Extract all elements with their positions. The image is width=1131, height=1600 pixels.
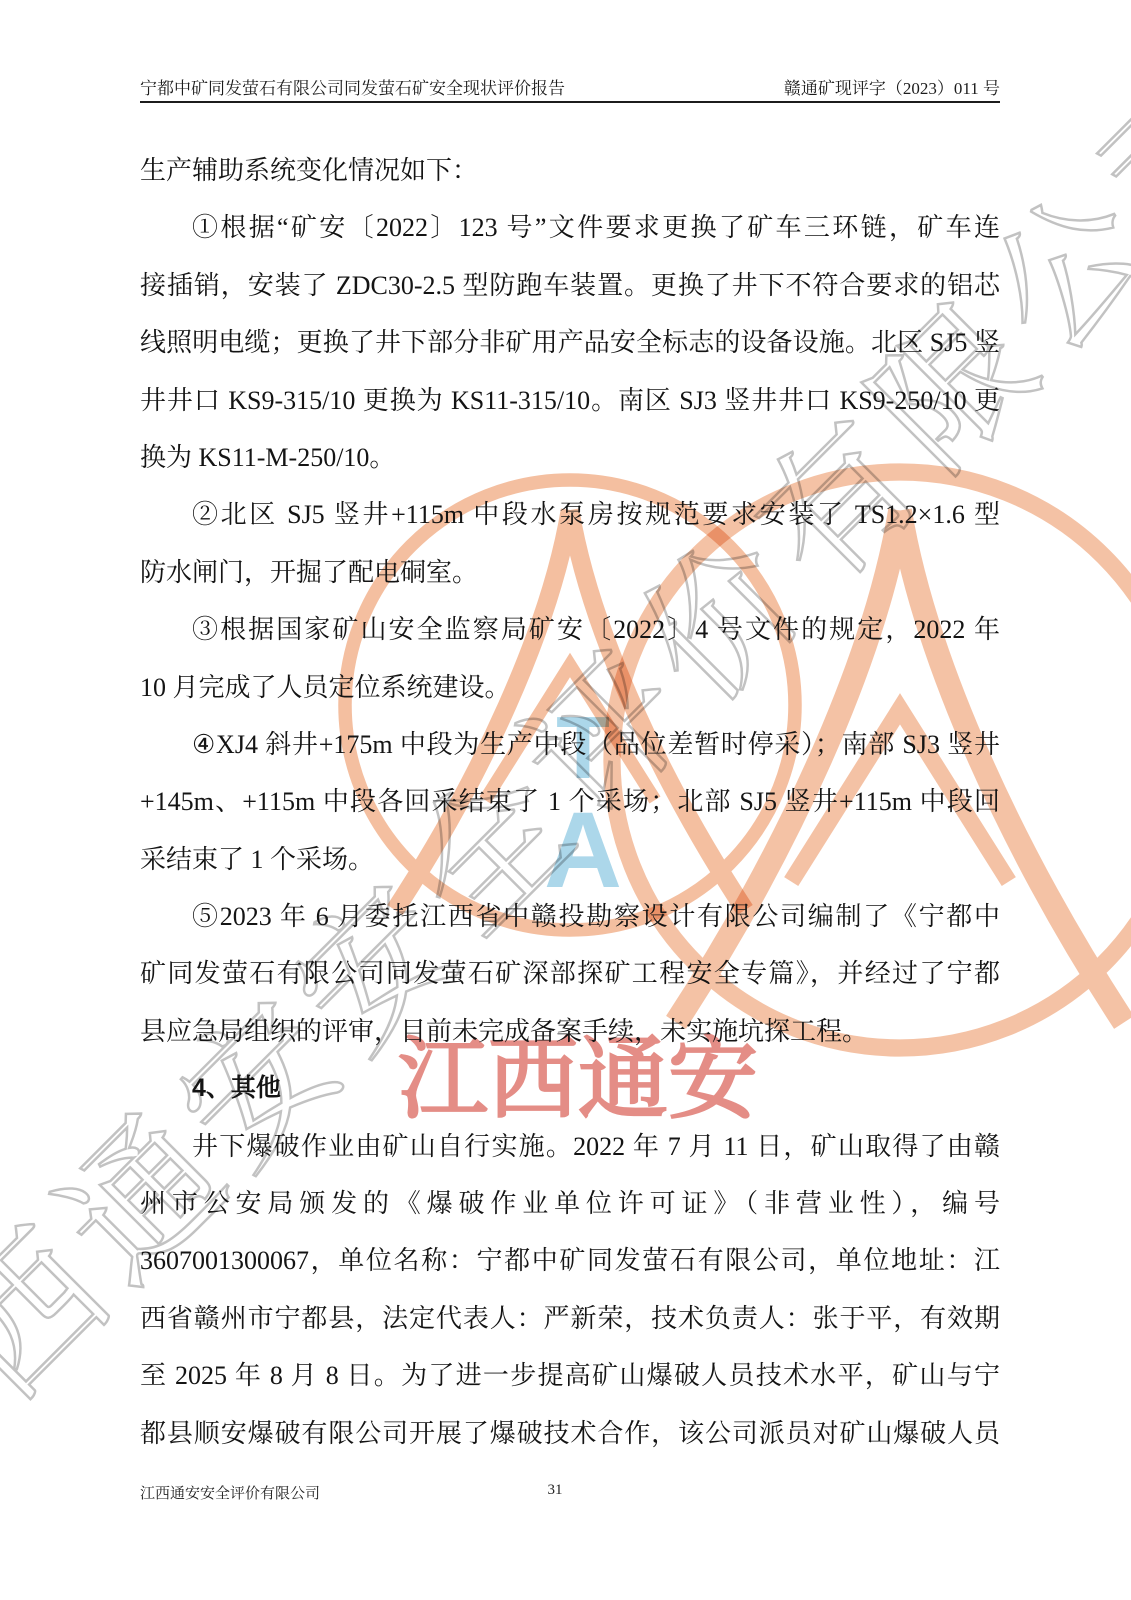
- body-line: 都县顺安爆破有限公司开展了爆破技术合作，该公司派员对矿山爆破人员: [140, 1405, 1000, 1462]
- body-line: ④XJ4 斜井+175m 中段为生产中段（品位差暂时停采）；南部 SJ3 竖井: [140, 716, 1000, 773]
- body-line: ①根据“矿安〔2022〕123 号”文件要求更换了矿车三环链，矿车连: [140, 199, 1000, 256]
- body-line: 防水闸门，开掘了配电硐室。: [140, 544, 1000, 601]
- body-line: ⑤2023 年 6 月委托江西省中赣投勘察设计有限公司编制了《宁都中: [140, 888, 1000, 945]
- body-line: 县应急局组织的评审，目前未完成备案手续，未实施坑探工程。: [140, 1003, 1000, 1060]
- document-page: 江西通安安全评价有限公司 T A 江西通安 宁都中矿同发萤石有限公司同发萤石矿安…: [0, 0, 1131, 1600]
- body-line: 采结束了 1 个采场。: [140, 831, 1000, 888]
- body-line: ②北区 SJ5 竖井+115m 中段水泵房按规范要求安装了 TS1.2×1.6 …: [140, 486, 1000, 543]
- body-line: 4、其他: [140, 1060, 1000, 1117]
- body-line: 接插销，安装了 ZDC30-2.5 型防跑车装置。更换了井下不符合要求的铝芯: [140, 257, 1000, 314]
- body-line: 10 月完成了人员定位系统建设。: [140, 659, 1000, 716]
- body-line: 井井口 KS9-315/10 更换为 KS11-315/10。南区 SJ3 竖井…: [140, 372, 1000, 429]
- body-line: 井下爆破作业由矿山自行实施。2022 年 7 月 11 日，矿山取得了由赣: [140, 1118, 1000, 1175]
- header-doc-number: 赣通矿现评字（2023）011 号: [784, 74, 1000, 99]
- header-divider: [140, 101, 1000, 103]
- page-header: 宁都中矿同发萤石有限公司同发萤石矿安全现状评价报告 赣通矿现评字（2023）01…: [140, 74, 1000, 99]
- body-line: 至 2025 年 8 月 8 日。为了进一步提高矿山爆破人员技术水平，矿山与宁: [140, 1347, 1000, 1404]
- body-line: ③根据国家矿山安全监察局矿安〔2022〕4 号文件的规定，2022 年: [140, 601, 1000, 658]
- body-line: 线照明电缆；更换了井下部分非矿用产品安全标志的设备设施。北区 SJ5 竖: [140, 314, 1000, 371]
- body-line: 换为 KS11-M-250/10。: [140, 429, 1000, 486]
- body-line: 矿同发萤石有限公司同发萤石矿深部探矿工程安全专篇》，并经过了宁都: [140, 945, 1000, 1002]
- body-line: 生产辅助系统变化情况如下：: [140, 142, 1000, 199]
- body-lines: 生产辅助系统变化情况如下：①根据“矿安〔2022〕123 号”文件要求更换了矿车…: [140, 142, 1000, 1462]
- body-line: 西省赣州市宁都县，法定代表人：严新荣，技术负责人：张于平，有效期: [140, 1290, 1000, 1347]
- header-report-title: 宁都中矿同发萤石有限公司同发萤石矿安全现状评价报告: [140, 74, 565, 99]
- body-line: +145m、+115m 中段各回采结束了 1 个采场；北部 SJ5 竖井+115…: [140, 773, 1000, 830]
- body-line: 3607001300067，单位名称：宁都中矿同发萤石有限公司，单位地址：江: [140, 1232, 1000, 1289]
- footer-page-number: 31: [140, 1482, 970, 1499]
- body-line: 州市公安局颁发的《爆破作业单位许可证》（非营业性），编号: [140, 1175, 1000, 1232]
